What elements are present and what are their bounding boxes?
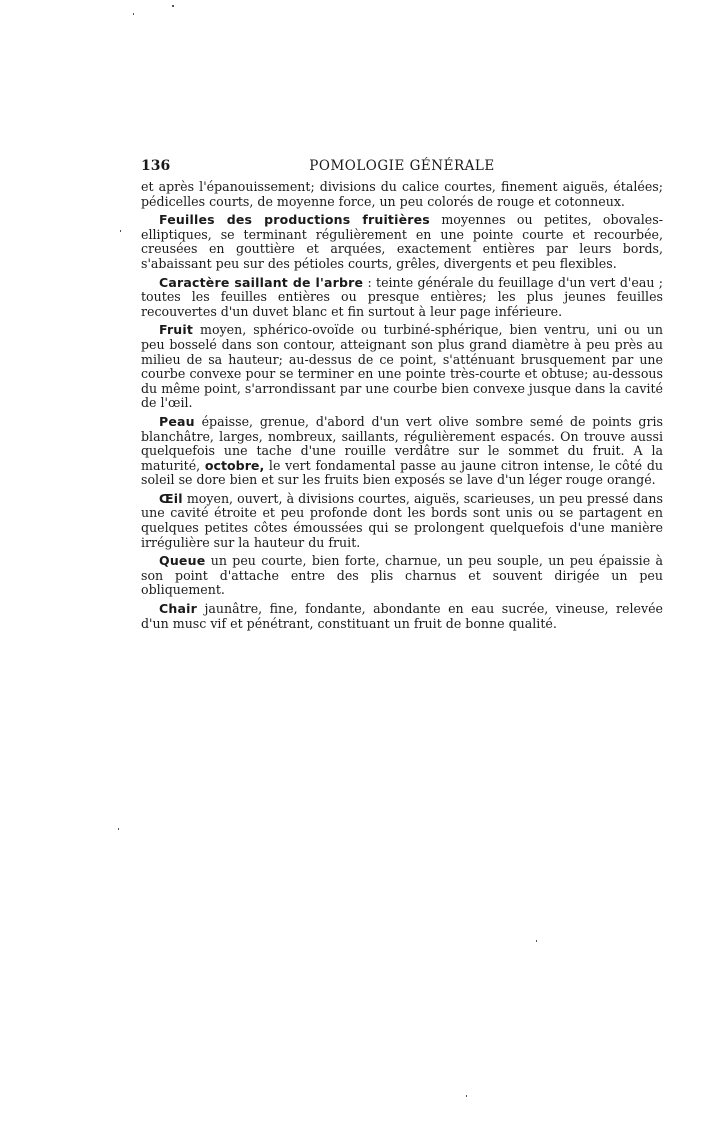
- scan-speck: [118, 828, 119, 830]
- paragraph-heading: Œil: [159, 491, 183, 506]
- paragraph-peau: Peau épaisse, grenue, d'abord d'un vert …: [141, 415, 663, 488]
- scan-speck: [172, 5, 174, 7]
- paragraph-heading: Peau: [159, 414, 195, 429]
- paragraph-heading: Feuilles des productions fruitières: [159, 212, 430, 227]
- paragraph-heading: Chair: [159, 601, 197, 616]
- scan-speck: [120, 230, 121, 232]
- scan-speck: [536, 940, 537, 942]
- emphasis-month: octobre,: [205, 458, 264, 473]
- page-header: 136 POMOLOGIE GÉNÉRALE: [141, 158, 663, 180]
- scan-speck: [466, 1095, 467, 1097]
- paragraph-queue: Queue un peu courte, bien forte, charnue…: [141, 554, 663, 598]
- paragraph-continuation: et après l'épanouissement; divisions du …: [141, 180, 663, 209]
- scan-speck: [133, 13, 134, 15]
- paragraph-caractere: Caractère saillant de l'arbre : teinte g…: [141, 276, 663, 320]
- paragraph-text: jaunâtre, fine, fondante, abondante en e…: [141, 601, 663, 631]
- paragraph-text: un peu courte, bien forte, charnue, un p…: [141, 553, 663, 597]
- paragraph-text: et après l'épanouissement; divisions du …: [141, 179, 663, 209]
- running-title: POMOLOGIE GÉNÉRALE: [141, 158, 663, 174]
- paragraph-heading: Fruit: [159, 322, 193, 337]
- paragraph-heading: Caractère saillant de l'arbre: [159, 275, 363, 290]
- paragraph-heading: Queue: [159, 553, 205, 568]
- paragraph-text: moyen, sphérico-ovoïde ou turbiné-sphéri…: [141, 322, 663, 410]
- paragraph-fruit: Fruit moyen, sphérico-ovoïde ou turbiné-…: [141, 323, 663, 411]
- paragraph-feuilles: Feuilles des productions fruitières moye…: [141, 213, 663, 271]
- paragraph-chair: Chair jaunâtre, fine, fondante, abondant…: [141, 602, 663, 631]
- page-body: et après l'épanouissement; divisions du …: [141, 180, 663, 631]
- paragraph-oeil: Œil moyen, ouvert, à divisions courtes, …: [141, 492, 663, 550]
- paragraph-text: moyen, ouvert, à divisions courtes, aigu…: [141, 491, 663, 550]
- book-page: 136 POMOLOGIE GÉNÉRALE et après l'épanou…: [141, 158, 663, 635]
